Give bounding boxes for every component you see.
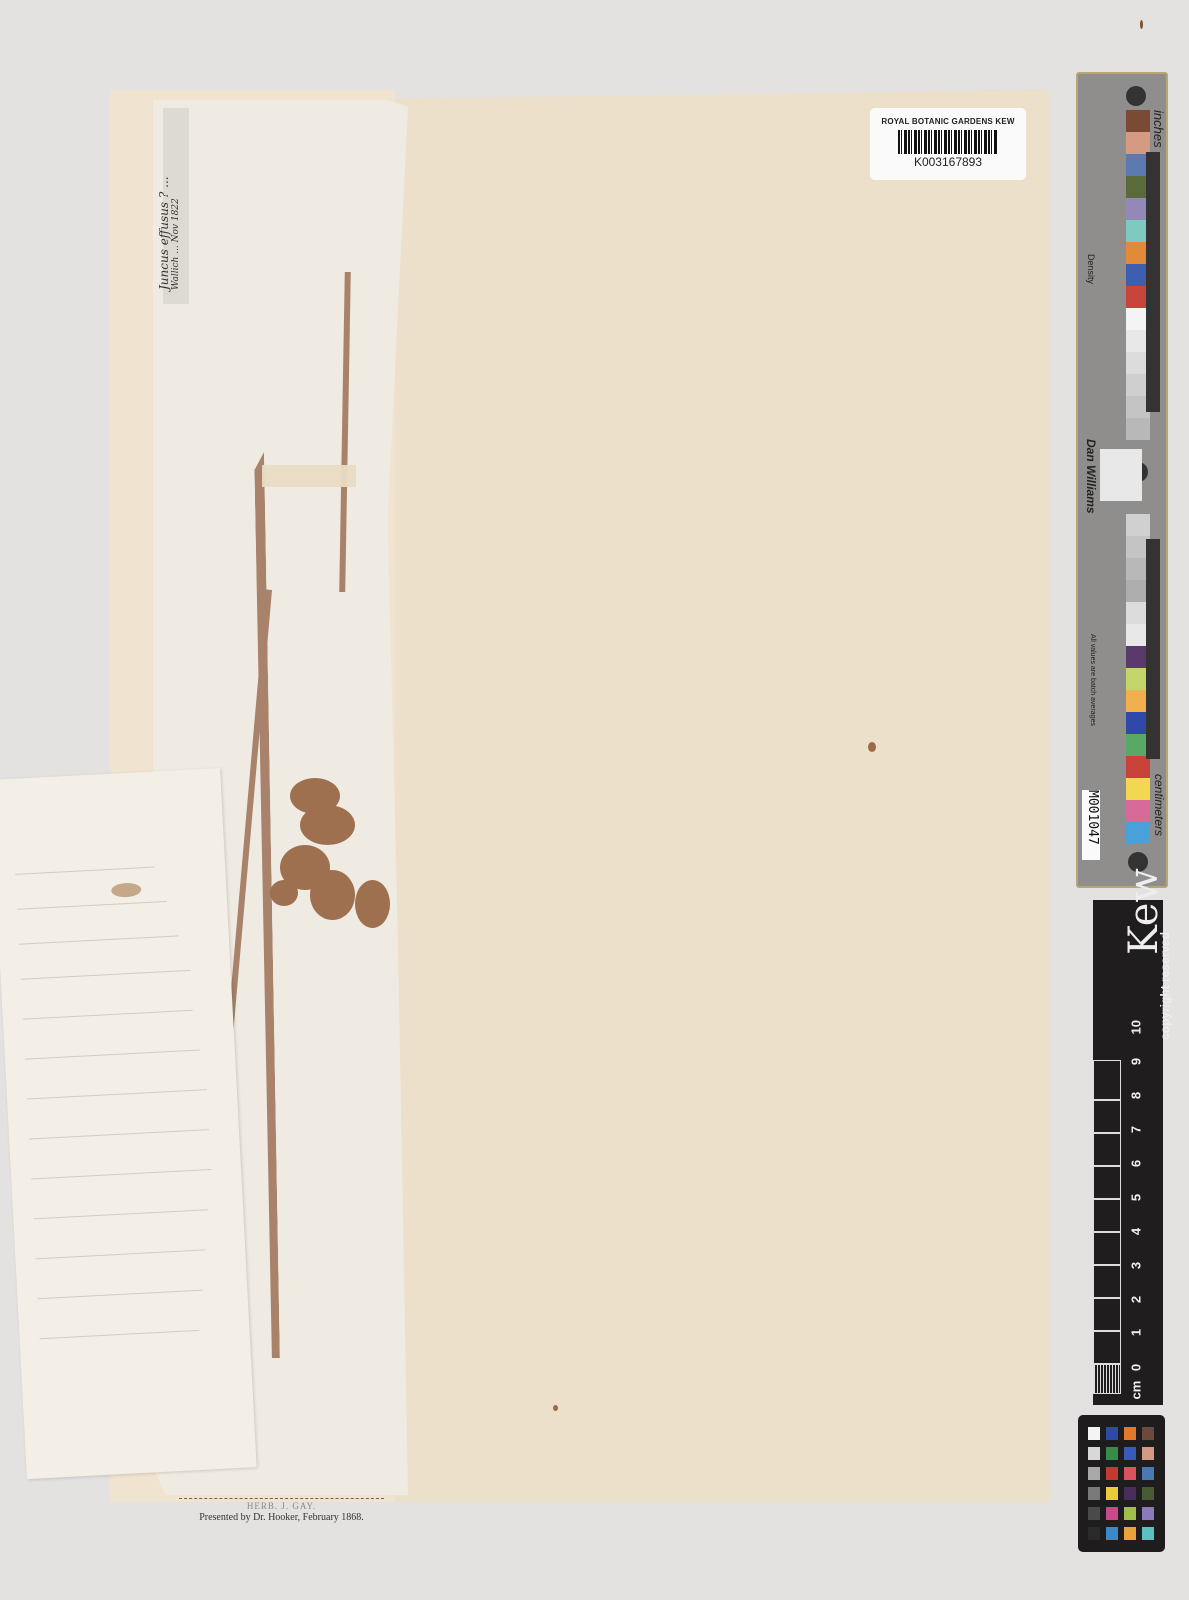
centimeters-label: centimeters bbox=[1152, 774, 1166, 836]
flower-cluster bbox=[310, 870, 355, 920]
debris-speck bbox=[1140, 20, 1143, 29]
chart-swatch bbox=[1142, 1507, 1154, 1520]
chart-swatch bbox=[1106, 1527, 1118, 1540]
chart-swatch bbox=[1106, 1467, 1118, 1480]
institution-name: ROYAL BOTANIC GARDENS KEW bbox=[870, 117, 1026, 126]
note-stain bbox=[111, 882, 142, 898]
note-line bbox=[29, 1129, 209, 1139]
chart-swatch bbox=[1142, 1487, 1154, 1500]
ruler-note: All values are batch averages bbox=[1089, 634, 1096, 726]
color-swatch bbox=[1126, 132, 1150, 154]
note-line bbox=[40, 1330, 200, 1339]
gray-swatch bbox=[1126, 418, 1150, 440]
note-line bbox=[31, 1169, 211, 1179]
tick-label: 7 bbox=[1129, 1123, 1144, 1137]
ruler-hole bbox=[1126, 86, 1146, 106]
flower-cluster bbox=[270, 880, 298, 906]
chart-swatch bbox=[1088, 1447, 1100, 1460]
chart-swatch bbox=[1142, 1427, 1154, 1440]
scale-block bbox=[1093, 1166, 1121, 1199]
note-line bbox=[15, 867, 155, 875]
determination-line-2: Wallich ... Nov 1822 bbox=[170, 80, 182, 290]
handwritten-note bbox=[0, 768, 257, 1479]
scale-block bbox=[1093, 1331, 1121, 1364]
tick-label: 4 bbox=[1129, 1225, 1144, 1239]
scale-block bbox=[1093, 1298, 1121, 1331]
label-divider bbox=[179, 1498, 384, 1499]
tick-label: 3 bbox=[1129, 1259, 1144, 1273]
debris-speck bbox=[553, 1405, 558, 1411]
gray-swatch bbox=[1126, 514, 1150, 536]
scale-block bbox=[1093, 1232, 1121, 1265]
tick-label: 10 bbox=[1129, 1021, 1144, 1035]
color-calibration-ruler: inches centimeters Density Dan Williams … bbox=[1076, 72, 1168, 888]
determination-line-1: Juncus effusus ? ... bbox=[158, 80, 170, 290]
chart-swatch bbox=[1106, 1447, 1118, 1460]
barcode-icon bbox=[898, 130, 998, 154]
note-line bbox=[27, 1089, 207, 1099]
cm-label: cm bbox=[1129, 1386, 1144, 1400]
color-swatch bbox=[1126, 778, 1150, 800]
chart-swatch bbox=[1106, 1487, 1118, 1500]
chart-swatch bbox=[1142, 1467, 1154, 1480]
tick-label: 1 bbox=[1129, 1326, 1144, 1340]
note-line bbox=[21, 970, 191, 980]
chart-swatch bbox=[1124, 1427, 1136, 1440]
tick-label: 5 bbox=[1129, 1191, 1144, 1205]
chart-swatch bbox=[1124, 1447, 1136, 1460]
note-line bbox=[38, 1290, 203, 1300]
chart-swatch bbox=[1088, 1467, 1100, 1480]
color-checker-chart bbox=[1078, 1415, 1165, 1552]
note-line bbox=[25, 1049, 200, 1059]
presented-by-text: Presented by Dr. Hooker, February 1868. bbox=[175, 1512, 388, 1523]
chart-swatch bbox=[1142, 1447, 1154, 1460]
tick-label: 0 bbox=[1129, 1361, 1144, 1375]
barcode-number: K003167893 bbox=[870, 155, 1026, 169]
scale-block bbox=[1093, 1060, 1121, 1100]
color-swatch bbox=[1126, 822, 1150, 844]
chart-swatch bbox=[1124, 1507, 1136, 1520]
chart-swatch bbox=[1088, 1487, 1100, 1500]
density-label: Density bbox=[1086, 254, 1096, 284]
inches-label: inches bbox=[1151, 110, 1166, 148]
note-line bbox=[19, 935, 179, 944]
barcode-label: ROYAL BOTANIC GARDENS KEW K003167893 bbox=[870, 108, 1026, 180]
debris-speck bbox=[868, 742, 876, 752]
color-swatch bbox=[1126, 800, 1150, 822]
chart-swatch bbox=[1106, 1427, 1118, 1440]
note-line bbox=[35, 1249, 205, 1259]
scale-block bbox=[1093, 1265, 1121, 1298]
chart-swatch bbox=[1088, 1507, 1100, 1520]
chart-swatch bbox=[1088, 1427, 1100, 1440]
brand-label: Dan Williams bbox=[1084, 439, 1098, 514]
chart-swatch bbox=[1124, 1487, 1136, 1500]
tick-label: 2 bbox=[1129, 1293, 1144, 1307]
scale-block bbox=[1093, 1100, 1121, 1133]
catalog-number: M001047 bbox=[1085, 790, 1100, 845]
target-patch bbox=[1100, 449, 1142, 501]
cm-scale bbox=[1146, 539, 1160, 759]
scale-block bbox=[1093, 1133, 1121, 1166]
chart-swatch bbox=[1142, 1527, 1154, 1540]
tick-label: 8 bbox=[1129, 1089, 1144, 1103]
copyright-text: copyright reserved bbox=[1158, 932, 1172, 1040]
herbarium-name: HERB. J. GAY. bbox=[175, 1501, 388, 1511]
collection-label: HERB. J. GAY. Presented by Dr. Hooker, F… bbox=[175, 1498, 388, 1540]
chart-swatch bbox=[1124, 1527, 1136, 1540]
flower-cluster bbox=[300, 805, 355, 845]
tick-label: 9 bbox=[1129, 1055, 1144, 1069]
scale-block bbox=[1093, 1199, 1121, 1232]
determination-text: Juncus effusus ? ... Wallich ... Nov 182… bbox=[158, 80, 182, 290]
chart-swatch bbox=[1106, 1507, 1118, 1520]
note-line bbox=[17, 901, 167, 910]
note-line bbox=[23, 1010, 193, 1020]
color-swatch bbox=[1126, 110, 1150, 132]
inch-scale bbox=[1146, 152, 1160, 412]
tick-label: 6 bbox=[1129, 1157, 1144, 1171]
note-line bbox=[33, 1209, 208, 1219]
chart-swatch bbox=[1124, 1467, 1136, 1480]
mounting-tape bbox=[262, 465, 356, 487]
color-swatch bbox=[1126, 756, 1150, 778]
chart-swatch bbox=[1088, 1527, 1100, 1540]
flower-cluster bbox=[355, 880, 390, 928]
mm-scale bbox=[1093, 1364, 1121, 1394]
